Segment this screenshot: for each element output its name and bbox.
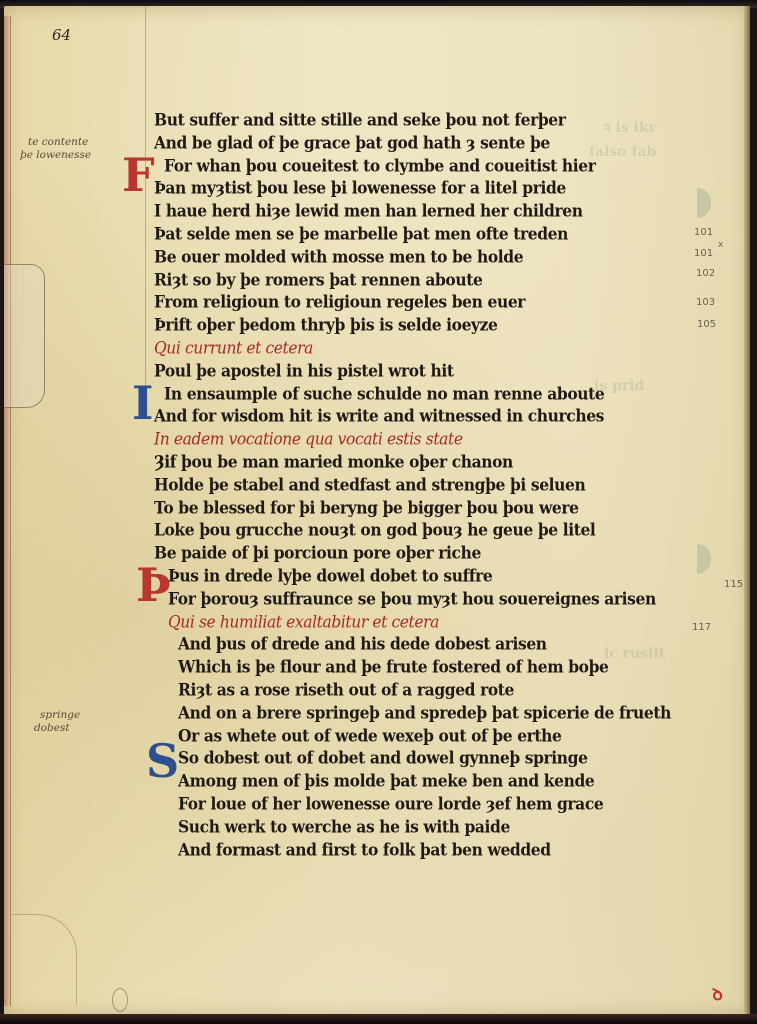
margin-note-line: springe — [30, 709, 80, 722]
text-line: Poul þe apostel in his pistel wrot hit — [154, 359, 724, 384]
text-line: Such werk to werche as he is with paide — [154, 815, 724, 840]
manuscript-page: 64 ꝛ is ikr falso fab is prid ic rusilt … — [4, 6, 750, 1016]
text-line: Riȝt as a rose riseth out of a ragged ro… — [154, 678, 724, 703]
text-line: Be paide of þi porcioun pore oþer riche — [154, 541, 724, 566]
text-line: I haue herd hiȝe lewid men han lerned he… — [154, 199, 724, 224]
decorated-initial-red: F — [122, 152, 155, 198]
margin-note-line: dobest — [30, 722, 80, 735]
page-edge-left — [4, 16, 11, 1006]
margin-note-line: te contente — [10, 136, 91, 149]
parchment-stain — [112, 988, 128, 1012]
text-line: Be ouer molded with mosse men to be hold… — [154, 245, 724, 270]
text-line: Which is þe flour and þe frute fostered … — [154, 655, 724, 680]
text-line: So dobest out of dobet and dowel gynneþ … — [154, 746, 724, 771]
text-line: Riȝt so by þe romers þat rennen aboute — [154, 268, 724, 293]
parchment-fold-mark — [12, 914, 77, 1005]
text-line: From religioun to religioun regeles ben … — [154, 290, 724, 315]
book-binding-bottom — [0, 1014, 757, 1024]
decorated-initial-blue: I — [132, 380, 154, 426]
text-line: Loke þou grucche nouȝt on god þouȝ he ge… — [154, 518, 724, 543]
text-line: And for wisdom hit is write and witnesse… — [154, 404, 724, 429]
text-line: Among men of þis molde þat meke ben and … — [154, 769, 724, 794]
line-number: 115 — [724, 579, 743, 590]
main-text-column: But suffer and sitte stille and seke þou… — [154, 109, 724, 861]
text-line: And þus of drede and his dede dobest ari… — [154, 632, 724, 657]
text-line: And be glad of þe grace þat god hath ȝ s… — [154, 131, 724, 156]
text-line: For whan þou coueitest to clymbe and cou… — [154, 154, 724, 179]
rubric-line: Qui currunt et cetera — [154, 336, 724, 361]
page-edge-right — [744, 6, 750, 1016]
margin-note-top: te contente þe lowenesse — [10, 136, 91, 162]
text-line: Þus in drede lyþe dowel dobet to suffre — [154, 564, 724, 589]
text-line: And formast and first to folk þat ben we… — [154, 838, 724, 863]
rubric-line: In eadem vocatione qua vocati estis stat… — [154, 427, 724, 452]
rubric-line: Qui se humiliat exaltabitur et cetera — [154, 610, 724, 635]
text-line: Or as whete out of wede wexeþ out of þe … — [154, 724, 724, 749]
red-paraph-mark: ꝺ — [710, 981, 725, 1006]
text-line: And on a brere springeþ and spredeþ þat … — [154, 701, 724, 726]
margin-note-bottom: springe dobest — [30, 709, 80, 735]
text-line: Þrift oþer þedom thryþ þis is selde ioey… — [154, 313, 724, 338]
text-line: Þan myȝtist þou lese þi lowenesse for a … — [154, 176, 724, 201]
text-line: In ensaumple of suche schulde no man ren… — [154, 382, 724, 407]
text-line: For þorouȝ suffraunce se þou myȝt hou so… — [154, 587, 724, 612]
text-line: To be blessed for þi beryng þe bigger þo… — [154, 496, 724, 521]
text-line: For loue of her lowenesse oure lorde ȝef… — [154, 792, 724, 817]
folio-number: 64 — [52, 26, 71, 44]
page-tab-flap[interactable] — [4, 264, 45, 408]
text-line: But suffer and sitte stille and seke þou… — [154, 108, 724, 133]
margin-note-line: þe lowenesse — [10, 149, 91, 162]
text-line: Holde þe stabel and stedfast and strengþ… — [154, 473, 724, 498]
text-line: Ȝif þou be man maried monke oþer chanon — [154, 450, 724, 475]
text-line: Þat selde men se þe marbelle þat men oft… — [154, 222, 724, 247]
